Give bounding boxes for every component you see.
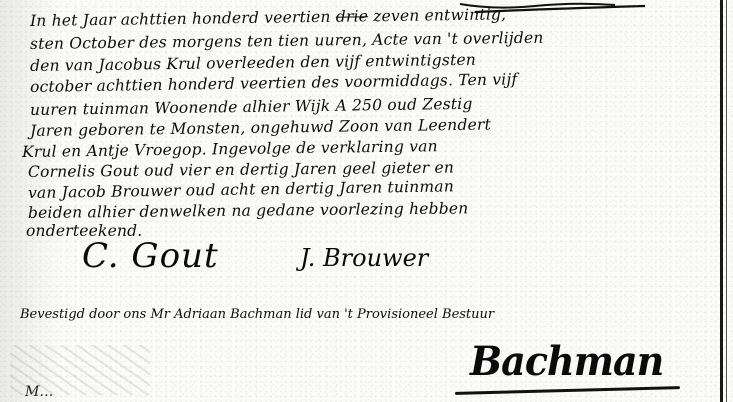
signature-witness-2: J. Brouwer (300, 244, 428, 272)
record-line-1: In het Jaar achttien honderd veertien dr… (30, 5, 506, 30)
record-line-7: Krul en Antje Vroegop. Ingevolge de verk… (22, 137, 438, 161)
signature-official: Bachman (470, 338, 663, 385)
record-line-9: van Jacob Brouwer oud acht en dertig Jar… (28, 177, 454, 202)
record-line-6: Jaren geboren te Monsten, ongehuwd Zoon … (30, 116, 491, 140)
struck-word: drie (336, 7, 369, 25)
document-page: In het Jaar achttien honderd veertien dr… (0, 0, 733, 402)
page-border (720, 0, 723, 402)
page-border-inner (726, 0, 727, 402)
record-line-4: october achttien honderd veertien des vo… (30, 70, 518, 96)
record-line-5: uuren tuinman Woonende alhier Wijk A 250… (30, 95, 473, 119)
record-line-2: sten October des morgens ten tien uuren,… (30, 29, 544, 53)
bottom-fragment: M… (25, 384, 53, 400)
attestation-line: Bevestigd door ons Mr Adriaan Bachman li… (20, 307, 494, 322)
signature-underline (455, 386, 680, 395)
signature-witness-1: C. Gout (82, 236, 219, 276)
record-line-10: beiden alhier denwelken na gedane voorle… (28, 199, 469, 222)
